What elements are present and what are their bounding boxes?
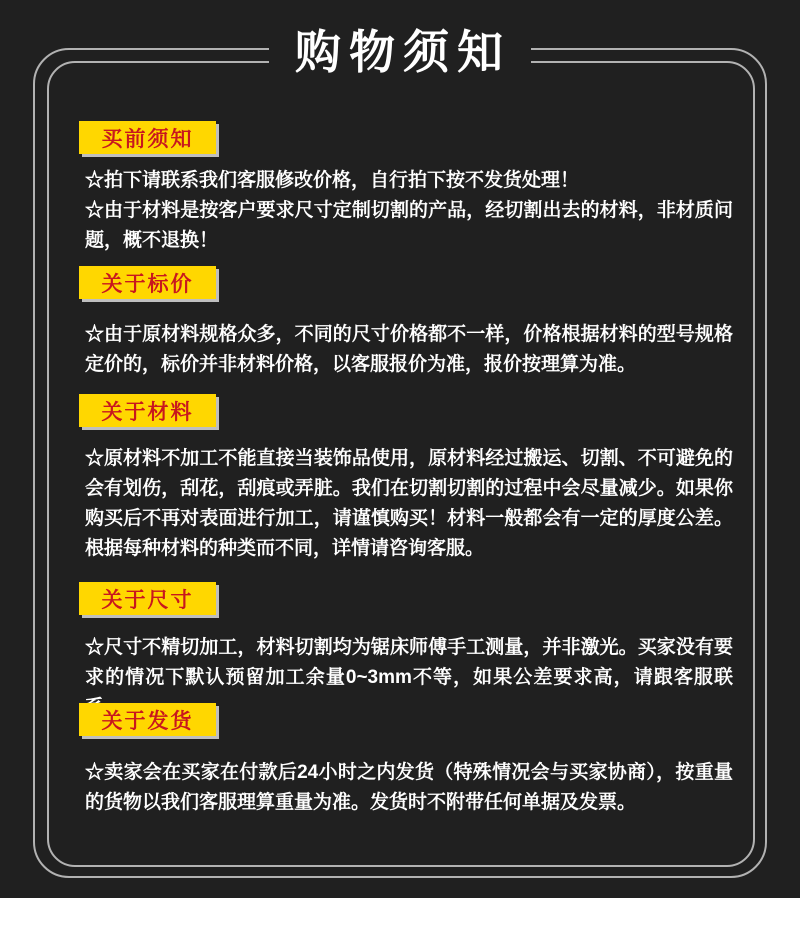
- section-badge-before-buying: 买前须知: [79, 121, 216, 154]
- page-title: 购物须知: [269, 24, 531, 80]
- section-badge-pricing: 关于标价: [79, 266, 216, 299]
- notice-line: ☆拍下请联系我们客服修改价格，自行拍下按不发货处理！: [85, 166, 733, 196]
- notice-line: ☆卖家会在买家在付款后24小时之内发货（特殊情况会与买家协商），按重量的货物以我…: [85, 758, 733, 818]
- notice-line: ☆原材料不加工不能直接当装饰品使用，原材料经过搬运、切割、不可避免的会有划伤，刮…: [85, 444, 733, 564]
- shopping-notice-poster: 购物须知 买前须知 ☆拍下请联系我们客服修改价格，自行拍下按不发货处理！ ☆由于…: [0, 0, 800, 936]
- section-paragraphs-material: ☆原材料不加工不能直接当装饰品使用，原材料经过搬运、切割、不可避免的会有划伤，刮…: [85, 444, 733, 564]
- notice-line: ☆由于原材料规格众多，不同的尺寸价格都不一样，价格根据材料的型号规格定价的，标价…: [85, 320, 733, 380]
- section-paragraphs-before-buying: ☆拍下请联系我们客服修改价格，自行拍下按不发货处理！ ☆由于材料是按客户要求尺寸…: [85, 166, 733, 256]
- page-title-text: 购物须知: [295, 24, 511, 80]
- section-badge-size: 关于尺寸: [79, 582, 216, 615]
- section-paragraphs-pricing: ☆由于原材料规格众多，不同的尺寸价格都不一样，价格根据材料的型号规格定价的，标价…: [85, 320, 733, 380]
- bottom-white-strip: [0, 898, 800, 936]
- section-paragraphs-shipping: ☆卖家会在买家在付款后24小时之内发货（特殊情况会与买家协商），按重量的货物以我…: [85, 758, 733, 818]
- section-badge-material: 关于材料: [79, 394, 216, 427]
- section-badge-shipping: 关于发货: [79, 703, 216, 736]
- notice-line: ☆由于材料是按客户要求尺寸定制切割的产品，经切割出去的材料，非材质问题，概不退换…: [85, 196, 733, 256]
